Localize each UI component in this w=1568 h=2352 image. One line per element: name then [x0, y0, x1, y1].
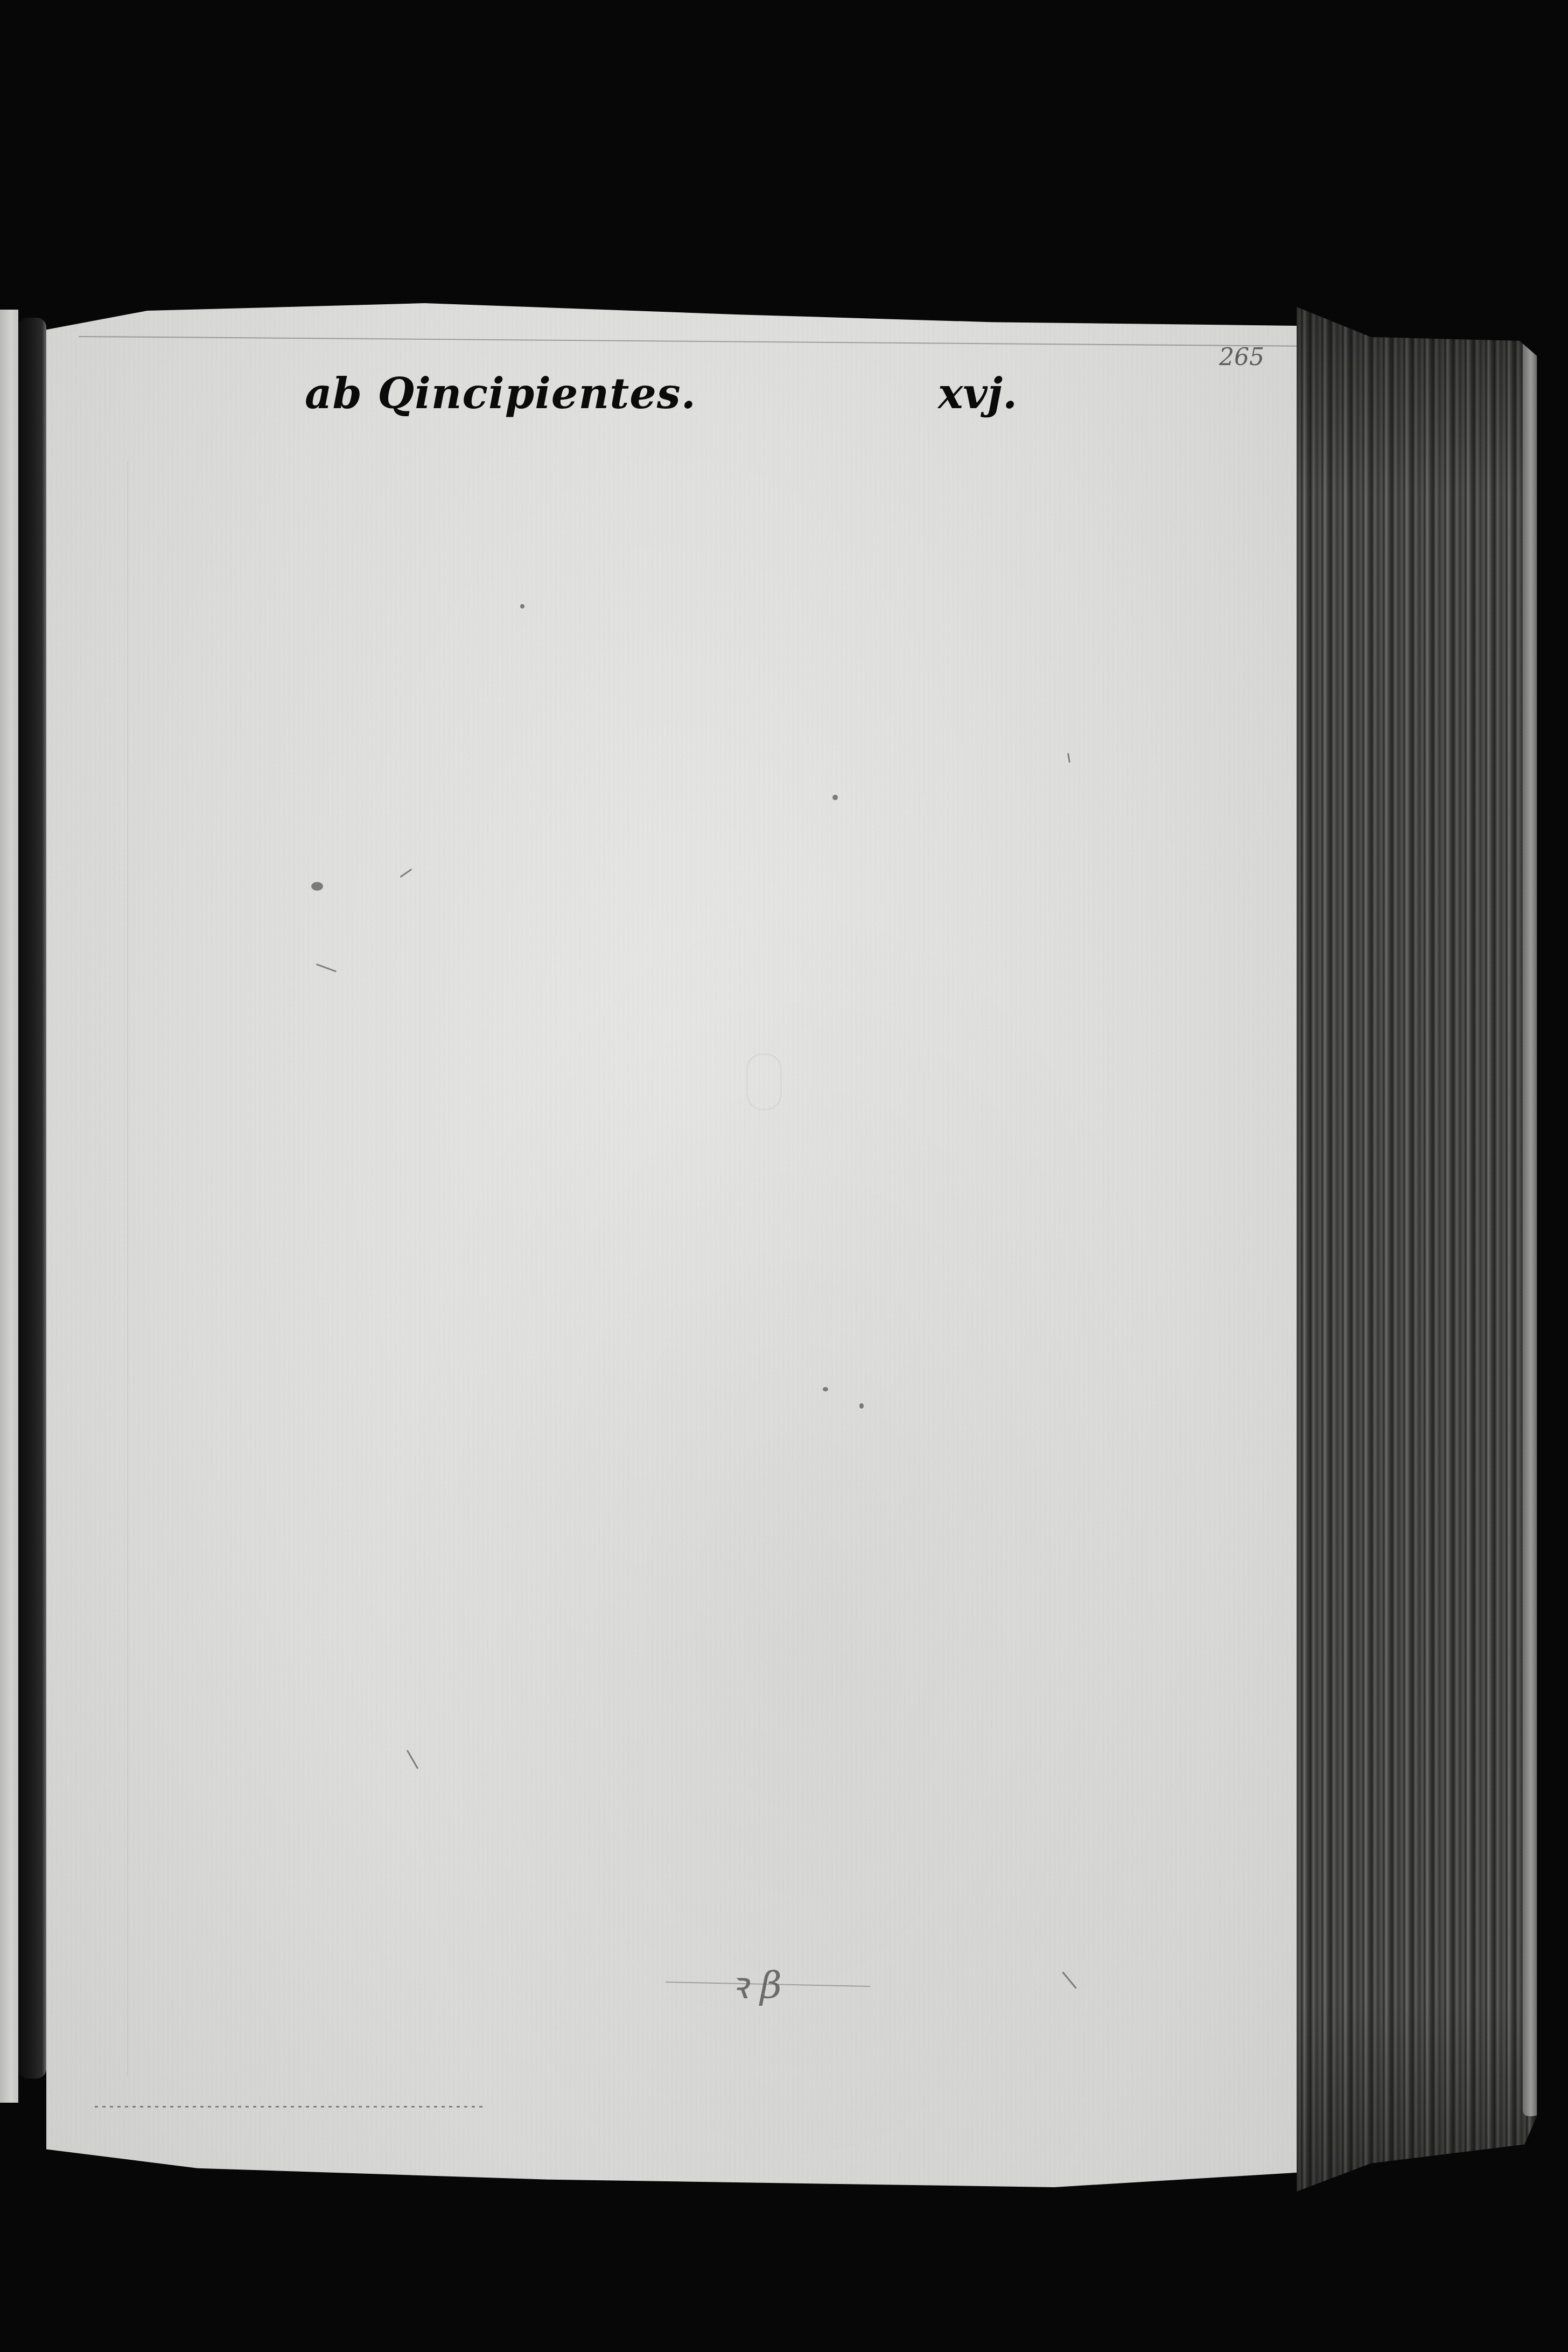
handwritten-folio-number: 265 — [1219, 344, 1264, 371]
margin-line — [127, 461, 128, 2076]
ink-dot — [859, 1403, 864, 1409]
pen-stroke — [407, 1749, 419, 1769]
top-rule-line — [79, 336, 1301, 347]
previous-page-edge — [0, 310, 18, 2103]
ink-smudge — [311, 882, 323, 891]
running-header: ab Qincipientes. — [305, 369, 696, 418]
pen-stroke — [1062, 1971, 1077, 1989]
scan-background: ab Qincipientes. xvj. 265 ꝛ β — [0, 0, 1568, 2352]
gutter-shadow — [18, 318, 46, 2078]
bottom-dotted-line — [95, 2106, 482, 2108]
ink-dot — [823, 1387, 828, 1391]
show-through-mark — [746, 1053, 782, 1110]
ink-dot — [832, 795, 838, 800]
book-page: ab Qincipientes. xvj. 265 ꝛ β — [46, 299, 1306, 2195]
pen-stroke — [316, 963, 337, 972]
pen-stroke — [1067, 753, 1070, 762]
ink-dot — [520, 604, 524, 608]
book-fore-edge — [1297, 307, 1544, 2192]
pen-stroke — [400, 869, 412, 878]
folio-number: xvj. — [938, 369, 1017, 418]
handwritten-mark: ꝛ β — [730, 1958, 782, 2010]
